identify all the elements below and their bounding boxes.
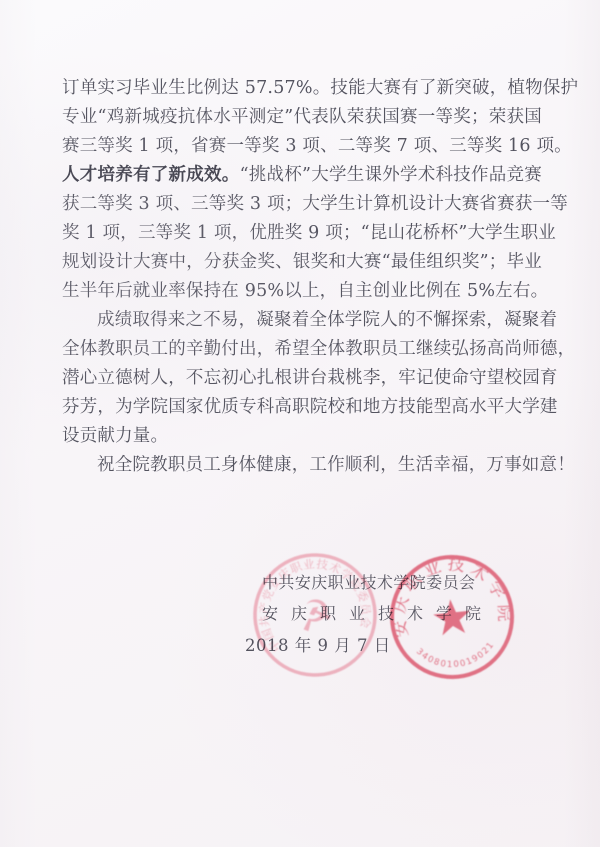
letter-line: 祝全院教职员工身体健康，工作顺利，生活幸福，万事如意！ (62, 451, 542, 480)
letter-line: 芬芳，为学院国家优质专科高职院校和地方技能型高水平大学建 (62, 393, 542, 422)
letter-text: 订单实习毕业生比例达 57.57%。技能大赛有了新突破，植物保护 (62, 78, 578, 98)
letter-line: 规划设计大赛中，分获金奖、银奖和大赛“最佳组织奖”；毕业 (62, 248, 542, 277)
letter-line: 潜心立德树人，不忘初心扎根讲台栽桃李，牢记使命守望校园育 (62, 364, 542, 393)
letter-line: 人才培养有了新成效。“挑战杯”大学生课外学术科技作品竞赛 (62, 161, 542, 190)
signature-date: 2018 年 9 月 7 日 (245, 632, 391, 656)
letter-line: 生半年后就业率保持在 95%以上，自主创业比例在 5%左右。 (62, 277, 542, 306)
letter-text: 生半年后就业率保持在 95%以上，自主创业比例在 5%左右。 (62, 281, 548, 301)
letter-text: 奖 1 项，三等奖 1 项，优胜奖 9 项；“昆山花桥杯”大学生职业 (62, 223, 556, 243)
letter-line: 订单实习毕业生比例达 57.57%。技能大赛有了新突破，植物保护 (62, 74, 542, 103)
signature-college-line: 安庆职业技术学院 (262, 601, 481, 624)
letter-text-bold: 人才培养有了新成效。 (62, 165, 240, 185)
letter-body: 订单实习毕业生比例达 57.57%。技能大赛有了新突破，植物保护专业“鸡新城疫抗… (62, 74, 542, 480)
seal-ring-text: 安庆职业技术学院 (383, 548, 516, 639)
letter-text: 获二等奖 3 项、三等奖 3 项；大学生计算机设计大赛省赛获一等 (62, 194, 568, 214)
letter-line: 赛三等奖 1 项，省赛一等奖 3 项、二等奖 7 项、三等奖 16 项。 (62, 132, 542, 161)
letter-text: 全体教职员工的辛勤付出，希望全体教职员工继续弘扬高尚师德， (62, 339, 575, 359)
letter-text: 潜心立德树人，不忘初心扎根讲台栽桃李，牢记使命守望校园育 (62, 368, 558, 388)
letter-text: 祝全院教职员工身体健康，工作顺利，生活幸福，万事如意！ (97, 455, 575, 475)
letter-line: 获二等奖 3 项、三等奖 3 项；大学生计算机设计大赛省赛获一等 (62, 190, 542, 219)
letter-text: 成绩取得来之不易，凝聚着全体学院人的不懈探索，凝聚着 (97, 310, 557, 330)
letter-line: 全体教职员工的辛勤付出，希望全体教职员工继续弘扬高尚师德， (62, 335, 542, 364)
letter-text: “挑战杯”大学生课外学术科技作品竞赛 (240, 165, 542, 185)
seal-code: 3408010019021 (413, 639, 499, 674)
scanned-letter-page: 订单实习毕业生比例达 57.57%。技能大赛有了新突破，植物保护专业“鸡新城疫抗… (0, 0, 600, 847)
letter-text: 专业“鸡新城疫抗体水平测定”代表队荣获国赛一等奖；荣获国 (62, 107, 542, 127)
letter-text: 设贡献力量。 (62, 426, 168, 446)
letter-line: 成绩取得来之不易，凝聚着全体学院人的不懈探索，凝聚着 (62, 306, 542, 335)
letter-line: 奖 1 项，三等奖 1 项，优胜奖 9 项；“昆山花桥杯”大学生职业 (62, 219, 542, 248)
signature-committee-line: 中共安庆职业技术学院委员会 (262, 570, 475, 593)
letter-text: 规划设计大赛中，分获金奖、银奖和大赛“最佳组织奖”；毕业 (62, 252, 542, 272)
letter-text: 芬芳，为学院国家优质专科高职院校和地方技能型高水平大学建 (62, 397, 558, 417)
letter-line: 专业“鸡新城疫抗体水平测定”代表队荣获国赛一等奖；荣获国 (62, 103, 542, 132)
letter-line: 设贡献力量。 (62, 422, 542, 451)
letter-text: 赛三等奖 1 项，省赛一等奖 3 项、二等奖 7 项、三等奖 16 项。 (62, 136, 572, 156)
